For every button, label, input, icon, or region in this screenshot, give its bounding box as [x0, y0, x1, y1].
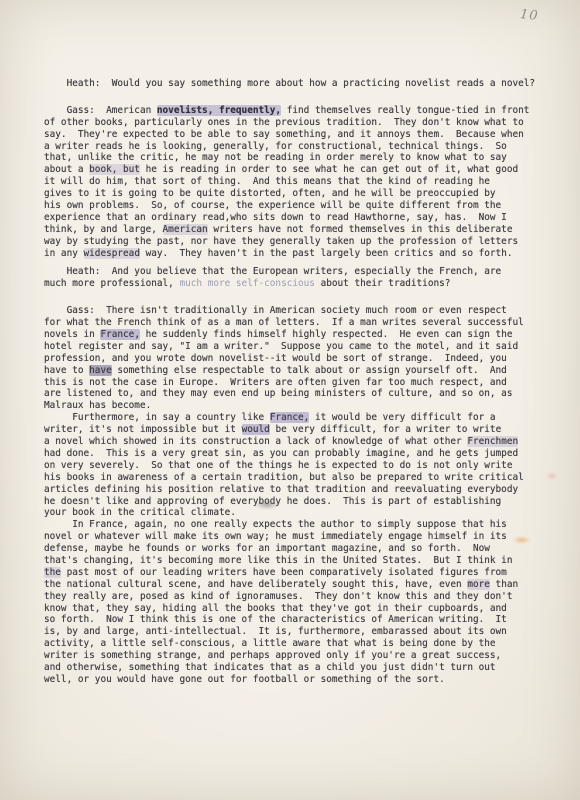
text-line: and otherwise, something that indicates …: [44, 662, 554, 674]
document-page: 10 Heath: Would you say something more a…: [0, 0, 580, 800]
text-line: a writer reads he is looking, generally,…: [44, 141, 554, 153]
text-line: experience that an ordinary read,who sit…: [44, 212, 554, 224]
text-line: of other books, particularly ones in the…: [44, 117, 554, 129]
text-line: much more professional, much more self-c…: [44, 278, 554, 290]
text-line: had done. This is a very great sin, as y…: [44, 448, 554, 460]
text-line: writer is something strange, and perhaps…: [44, 650, 554, 662]
text-line: the national cultural scene, and have de…: [44, 579, 554, 591]
text-line: think, by and large, American writers ha…: [44, 224, 554, 236]
text-line: Gass: There isn't traditionally in Ameri…: [44, 305, 554, 317]
text-line: they really are, posed as kind of ignora…: [44, 591, 554, 603]
text-line: he doesn't like and approving of everybo…: [44, 496, 554, 508]
text-line: activity, a little self-conscious, a lit…: [44, 638, 554, 650]
text-line: Furthermore, in say a country like Franc…: [44, 412, 554, 424]
text-line: in any widespread way. They haven't in t…: [44, 248, 554, 260]
text-line: that, unlike the critic, he may not be r…: [44, 152, 554, 164]
text-line: profession, and you wrote down novelist-…: [44, 353, 554, 365]
text-line: defense, maybe he founds or works for an…: [44, 543, 554, 555]
text-line: for what the French think of as a man of…: [44, 317, 554, 329]
text-line: way by studying the past, nor have they …: [44, 236, 554, 248]
text-line: know that, they say, hiding all the book…: [44, 603, 554, 615]
text-line: so forth. Now I think this is one of the…: [44, 614, 554, 626]
text-line: your book in the critical climate.: [44, 507, 554, 519]
paragraph-heath: Heath: And you believe that the European…: [44, 266, 554, 290]
text-line: hotel register and say, "I am a writer."…: [44, 341, 554, 353]
text-line: gives to it is going to be quite distort…: [44, 188, 554, 200]
text-line: say. They're expected to be able to say …: [44, 129, 554, 141]
text-line: well, or you would have gone out for foo…: [44, 674, 554, 686]
page-number: 10: [519, 7, 539, 24]
text-line: this is not the case in Europe. Writers …: [44, 377, 554, 389]
text-line: In France, again, no one really expects …: [44, 519, 554, 531]
text-line: a novel which showed in its construction…: [44, 436, 554, 448]
text-line: Heath: And you believe that the European…: [44, 266, 554, 278]
text-line: have to have something else respectable …: [44, 365, 554, 377]
text-line: Malraux has become.: [44, 400, 554, 412]
text-line: writer, it's not impossible but it would…: [44, 424, 554, 436]
text-line: on very severely. So that one of the thi…: [44, 460, 554, 472]
text-line: it will do him, that sort of thing. And …: [44, 176, 554, 188]
text-line: articles defining his position relative …: [44, 484, 554, 496]
text-line: that's changing, it's becoming more like…: [44, 555, 554, 567]
text-line: his own problems. So, of course, the exp…: [44, 200, 554, 212]
text-line: novels in France, he suddenly finds hims…: [44, 329, 554, 341]
text-line: is, by and large, anti-intellectual. It …: [44, 626, 554, 638]
text-line: his books in awareness of a certain trad…: [44, 472, 554, 484]
text-line: novel or whatever will make its own way;…: [44, 531, 554, 543]
paragraph-heath: Heath: Would you say something more abou…: [44, 78, 554, 90]
paragraph-gass: Gass: American novelists, frequently, fi…: [44, 105, 554, 260]
text-line: Heath: Would you say something more abou…: [44, 78, 554, 90]
text-line: the past most of our leading writers hav…: [44, 567, 554, 579]
text-line: about a book, but he is reading in order…: [44, 164, 554, 176]
text-line: Gass: American novelists, frequently, fi…: [44, 105, 554, 117]
paragraph-gass: Gass: There isn't traditionally in Ameri…: [44, 305, 554, 686]
text-line: are listened to, and they may even end u…: [44, 388, 554, 400]
document-text: Heath: Would you say something more abou…: [44, 78, 554, 686]
